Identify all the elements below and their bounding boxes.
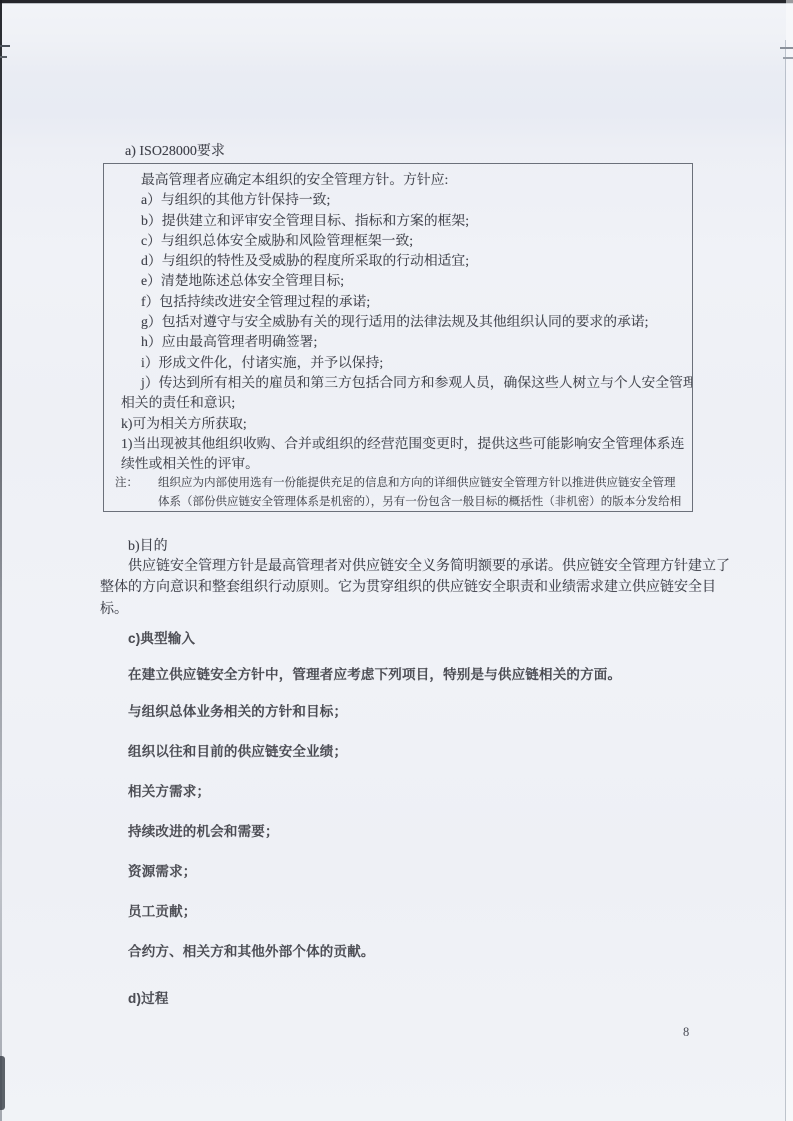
- section-c-item-list: 与组织总体业务相关的方针和目标； 组织以往和目前的供应链安全业绩； 相关方需求；…: [128, 703, 375, 983]
- requirement-line: i）形成文件化，付诸实施，并予以保持;: [112, 353, 684, 373]
- section-b-heading: b)目的: [128, 535, 168, 555]
- note-body: 组织应为内部使用选有一份能提供充足的信息和方向的详细供应链安全管理方针以推进供应…: [158, 474, 681, 510]
- scanned-document-page: a) ISO28000要求 最高管理者应确定本组织的安全管理方针。方针应: a）…: [0, 0, 793, 1121]
- note-line: 组织应为内部使用选有一份能提供充足的信息和方向的详细供应链安全管理方针以推进供应…: [158, 474, 681, 492]
- iso28000-requirements-box: 最高管理者应确定本组织的安全管理方针。方针应: a）与组织的其他方针保持一致; …: [103, 163, 693, 512]
- requirement-line: 1)当出现被其他组织收购、合并或组织的经营范围变更时，提供这些可能影响安全管理体…: [112, 434, 684, 454]
- section-c-intro: 在建立供应链安全方针中，管理者应考虑下列项目，特别是与供应链相关的方面。: [128, 663, 621, 683]
- note-line: 体系（部份供应链安全管理体系是机密的），另有一份包含一般目标的概括性（非机密）的…: [158, 493, 681, 511]
- scan-bottom-left-smudge: [0, 1056, 5, 1110]
- scan-top-edge-shadow: [0, 3, 793, 4]
- list-item: 持续改进的机会和需要；: [128, 823, 375, 840]
- section-b-paragraph: 供应链安全管理方针是最高管理者对供应链安全义务简明额要的承诺。供应链安全管理方针…: [100, 556, 740, 620]
- scan-right-registration-mark: [783, 57, 793, 59]
- section-a-heading: a) ISO28000要求: [125, 140, 225, 160]
- paragraph-line: 供应链安全管理方针是最高管理者对供应链安全义务简明额要的承诺。供应链安全管理方针…: [100, 556, 740, 577]
- scan-left-registration-mark: [0, 45, 10, 47]
- list-item: 员工贡献；: [128, 903, 375, 920]
- page-number: 8: [683, 1025, 689, 1040]
- list-item: 合约方、相关方和其他外部个体的贡献。: [128, 943, 375, 960]
- requirement-line: 最高管理者应确定本组织的安全管理方针。方针应:: [112, 170, 684, 190]
- requirement-note: 注： 组织应为内部使用选有一份能提供充足的信息和方向的详细供应链安全管理方针以推…: [112, 474, 684, 510]
- requirement-line: d）与组织的特性及受威胁的程度所采取的行动相适宜;: [112, 251, 684, 271]
- section-d-heading: d)过程: [128, 987, 169, 1007]
- requirement-line: b）提供建立和评审安全管理目标、指标和方案的框架;: [112, 211, 684, 231]
- requirement-line: g）包括对遵守与安全威胁有关的现行适用的法律法规及其他组织认同的要求的承诺;: [112, 312, 684, 332]
- requirement-line: k)可为相关方所获取;: [112, 414, 684, 434]
- scan-left-edge-line: [0, 0, 2, 1121]
- requirement-line: e）清楚地陈述总体安全管理目标;: [112, 271, 684, 291]
- list-item: 与组织总体业务相关的方针和目标；: [128, 703, 375, 720]
- list-item: 资源需求；: [128, 863, 375, 880]
- requirement-line: h）应由最高管理者明确签署;: [112, 332, 684, 352]
- requirement-line: j）传达到所有相关的雇员和第三方包括合同方和参观人员，确保这些人树立与个人安全管…: [112, 373, 684, 393]
- requirement-line: a）与组织的其他方针保持一致;: [112, 190, 684, 210]
- scan-right-margin-strip: [786, 0, 793, 1121]
- requirement-line: 续性或相关性的评审。: [112, 454, 684, 474]
- requirement-line: f）包括持续改进安全管理过程的承诺;: [112, 292, 684, 312]
- scan-right-registration-mark: [780, 47, 793, 49]
- scan-right-edge-line: [785, 40, 786, 1121]
- requirement-line: c）与组织总体安全威胁和风险管理框架一致;: [112, 231, 684, 251]
- note-label: 注：: [115, 474, 158, 510]
- paragraph-line: 整体的方向意识和整套组织行动原则。它为贯穿组织的供应链安全职责和业绩需求建立供应…: [100, 577, 740, 598]
- paragraph-line: 标。: [100, 599, 740, 620]
- scan-left-registration-mark: [0, 56, 7, 58]
- requirement-line: 相关的责任和意识;: [112, 393, 684, 413]
- section-c-heading: c)典型输入: [128, 627, 195, 647]
- list-item: 相关方需求；: [128, 783, 375, 800]
- list-item: 组织以往和目前的供应链安全业绩；: [128, 743, 375, 760]
